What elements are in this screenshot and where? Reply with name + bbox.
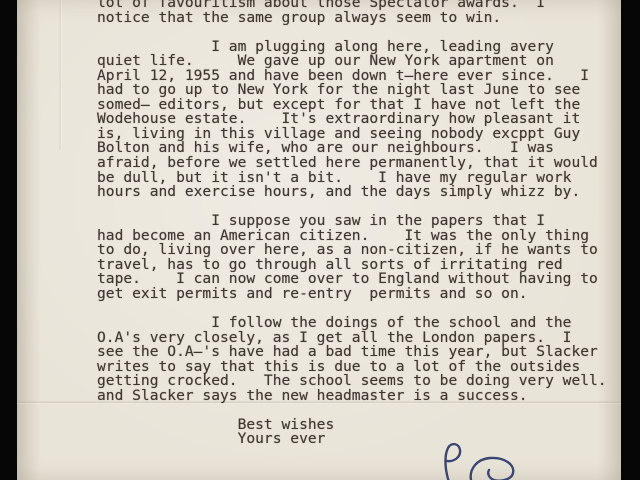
letter-line: get exit permits and re-entry permits an… (97, 287, 637, 302)
handwritten-signature (409, 440, 559, 480)
letter-page: lot of favouritism about those Spectator… (17, 0, 621, 480)
letter-line: notice that the same group always seem t… (97, 11, 637, 26)
screenshot-stage: lot of favouritism about those Spectator… (0, 0, 640, 480)
letter-line: and Slacker says the new headmaster is a… (97, 389, 637, 404)
paper-crease-vertical (59, 0, 62, 150)
letter-body: lot of favouritism about those Spectator… (97, 0, 637, 447)
letter-line: hours and exercise hours, and the days s… (97, 185, 637, 200)
signature-stroke-p (445, 444, 460, 480)
signature-stroke-loop (471, 458, 514, 480)
